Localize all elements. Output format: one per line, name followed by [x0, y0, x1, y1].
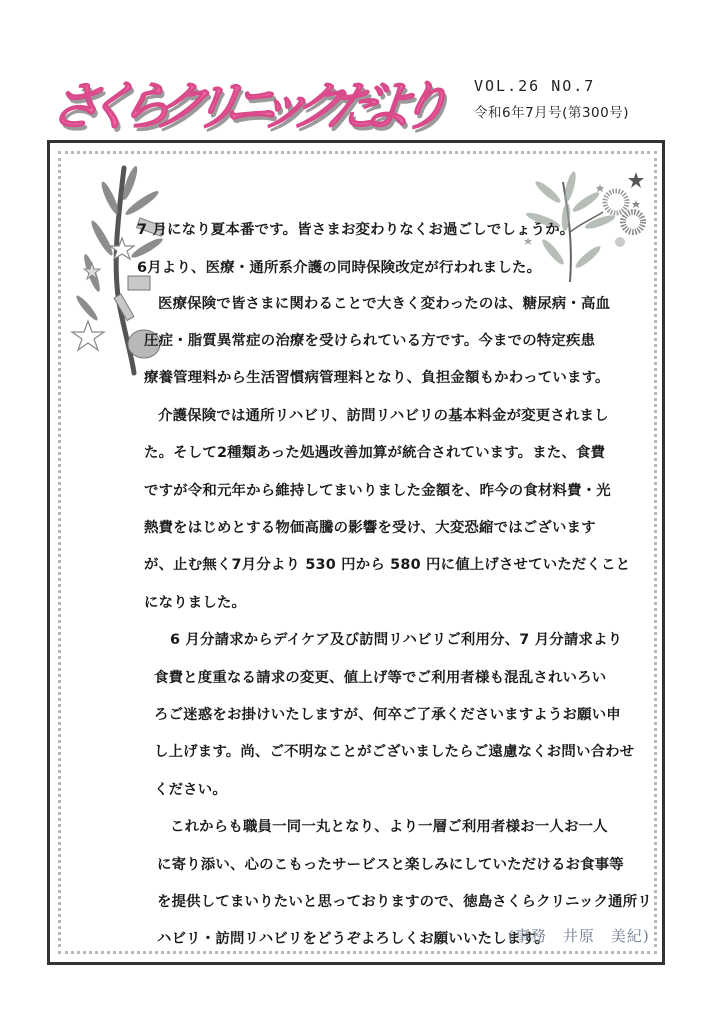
article-line: 医療保険で皆さまに関わることで大きく変わったのは、糖尿病・高血: [158, 292, 610, 313]
article-line: 7 月になり夏本番です。皆さまお変わりなくお過ごしでしょうか。: [137, 218, 574, 239]
article-line: ですが令和元年から維持してまいりました金額を、昨今の食材料費・光: [144, 479, 611, 500]
volume-number: VOL.26 NO.7: [474, 77, 595, 95]
article-line: を提供してまいりたいと思っておりますので、徳島さくらクリニック通所リ: [157, 890, 652, 911]
article-line: 6月より、医療・通所系介護の同時保険改定が行われました。: [137, 256, 541, 277]
article-line: になりました。: [144, 591, 246, 612]
article-line: た。そして2種類あった処遇改善加算が統合されています。また、食費: [144, 441, 605, 462]
article-line: 6 月分請求からデイケア及び訪問リハビリご利用分、7 月分請求より: [170, 628, 622, 649]
issue-date: 令和6年7月号(第300号): [474, 101, 629, 121]
author-signature: (事務 井原 美紀): [508, 925, 650, 946]
article-line: これからも職員一同一丸となり、より一層ご利用者様お一人お一人: [170, 815, 608, 836]
article-line: 食費と度重なる請求の変更、値上げ等でご利用者様も混乱されいろい: [154, 666, 606, 687]
article-line: が、止む無く7月分より 530 円から 580 円に値上げさせていただくこと: [144, 553, 630, 574]
title-text: さくらクリニックだより: [45, 77, 453, 137]
title-graphic: さくらクリニックだより さくらクリニックだより: [56, 62, 476, 142]
article-line: 介護保険では通所リハビリ、訪問リハビリの基本料金が変更されまし: [158, 404, 609, 425]
article-line: に寄り添い、心のこもったサービスと楽しみにしていただけるお食事等: [157, 853, 624, 874]
article-line: し上げます。尚、ご不明なことがございましたらご遠慮なくお問い合わせ: [154, 740, 634, 761]
article-line: 療養管理料から生活習慣病管理料となり、負担金額もかわっています。: [144, 366, 610, 387]
article-line: 熱費をはじめとする物価高騰の影響を受け、大変恐縮ではございます: [144, 516, 596, 537]
article-line: ハビリ・訪問リハビリをどうぞよろしくお願いいたします。: [157, 927, 549, 948]
article-line: ろご迷惑をお掛けいたしますが、何卒ご了承くださいますようお願い申: [154, 703, 621, 724]
newsletter-title: さくらクリニックだより さくらクリニックだより: [56, 62, 476, 142]
article-line: ください。: [154, 778, 227, 799]
article-line: 圧症・脂質異常症の治療を受けられている方です。今までの特定疾患: [144, 329, 595, 350]
